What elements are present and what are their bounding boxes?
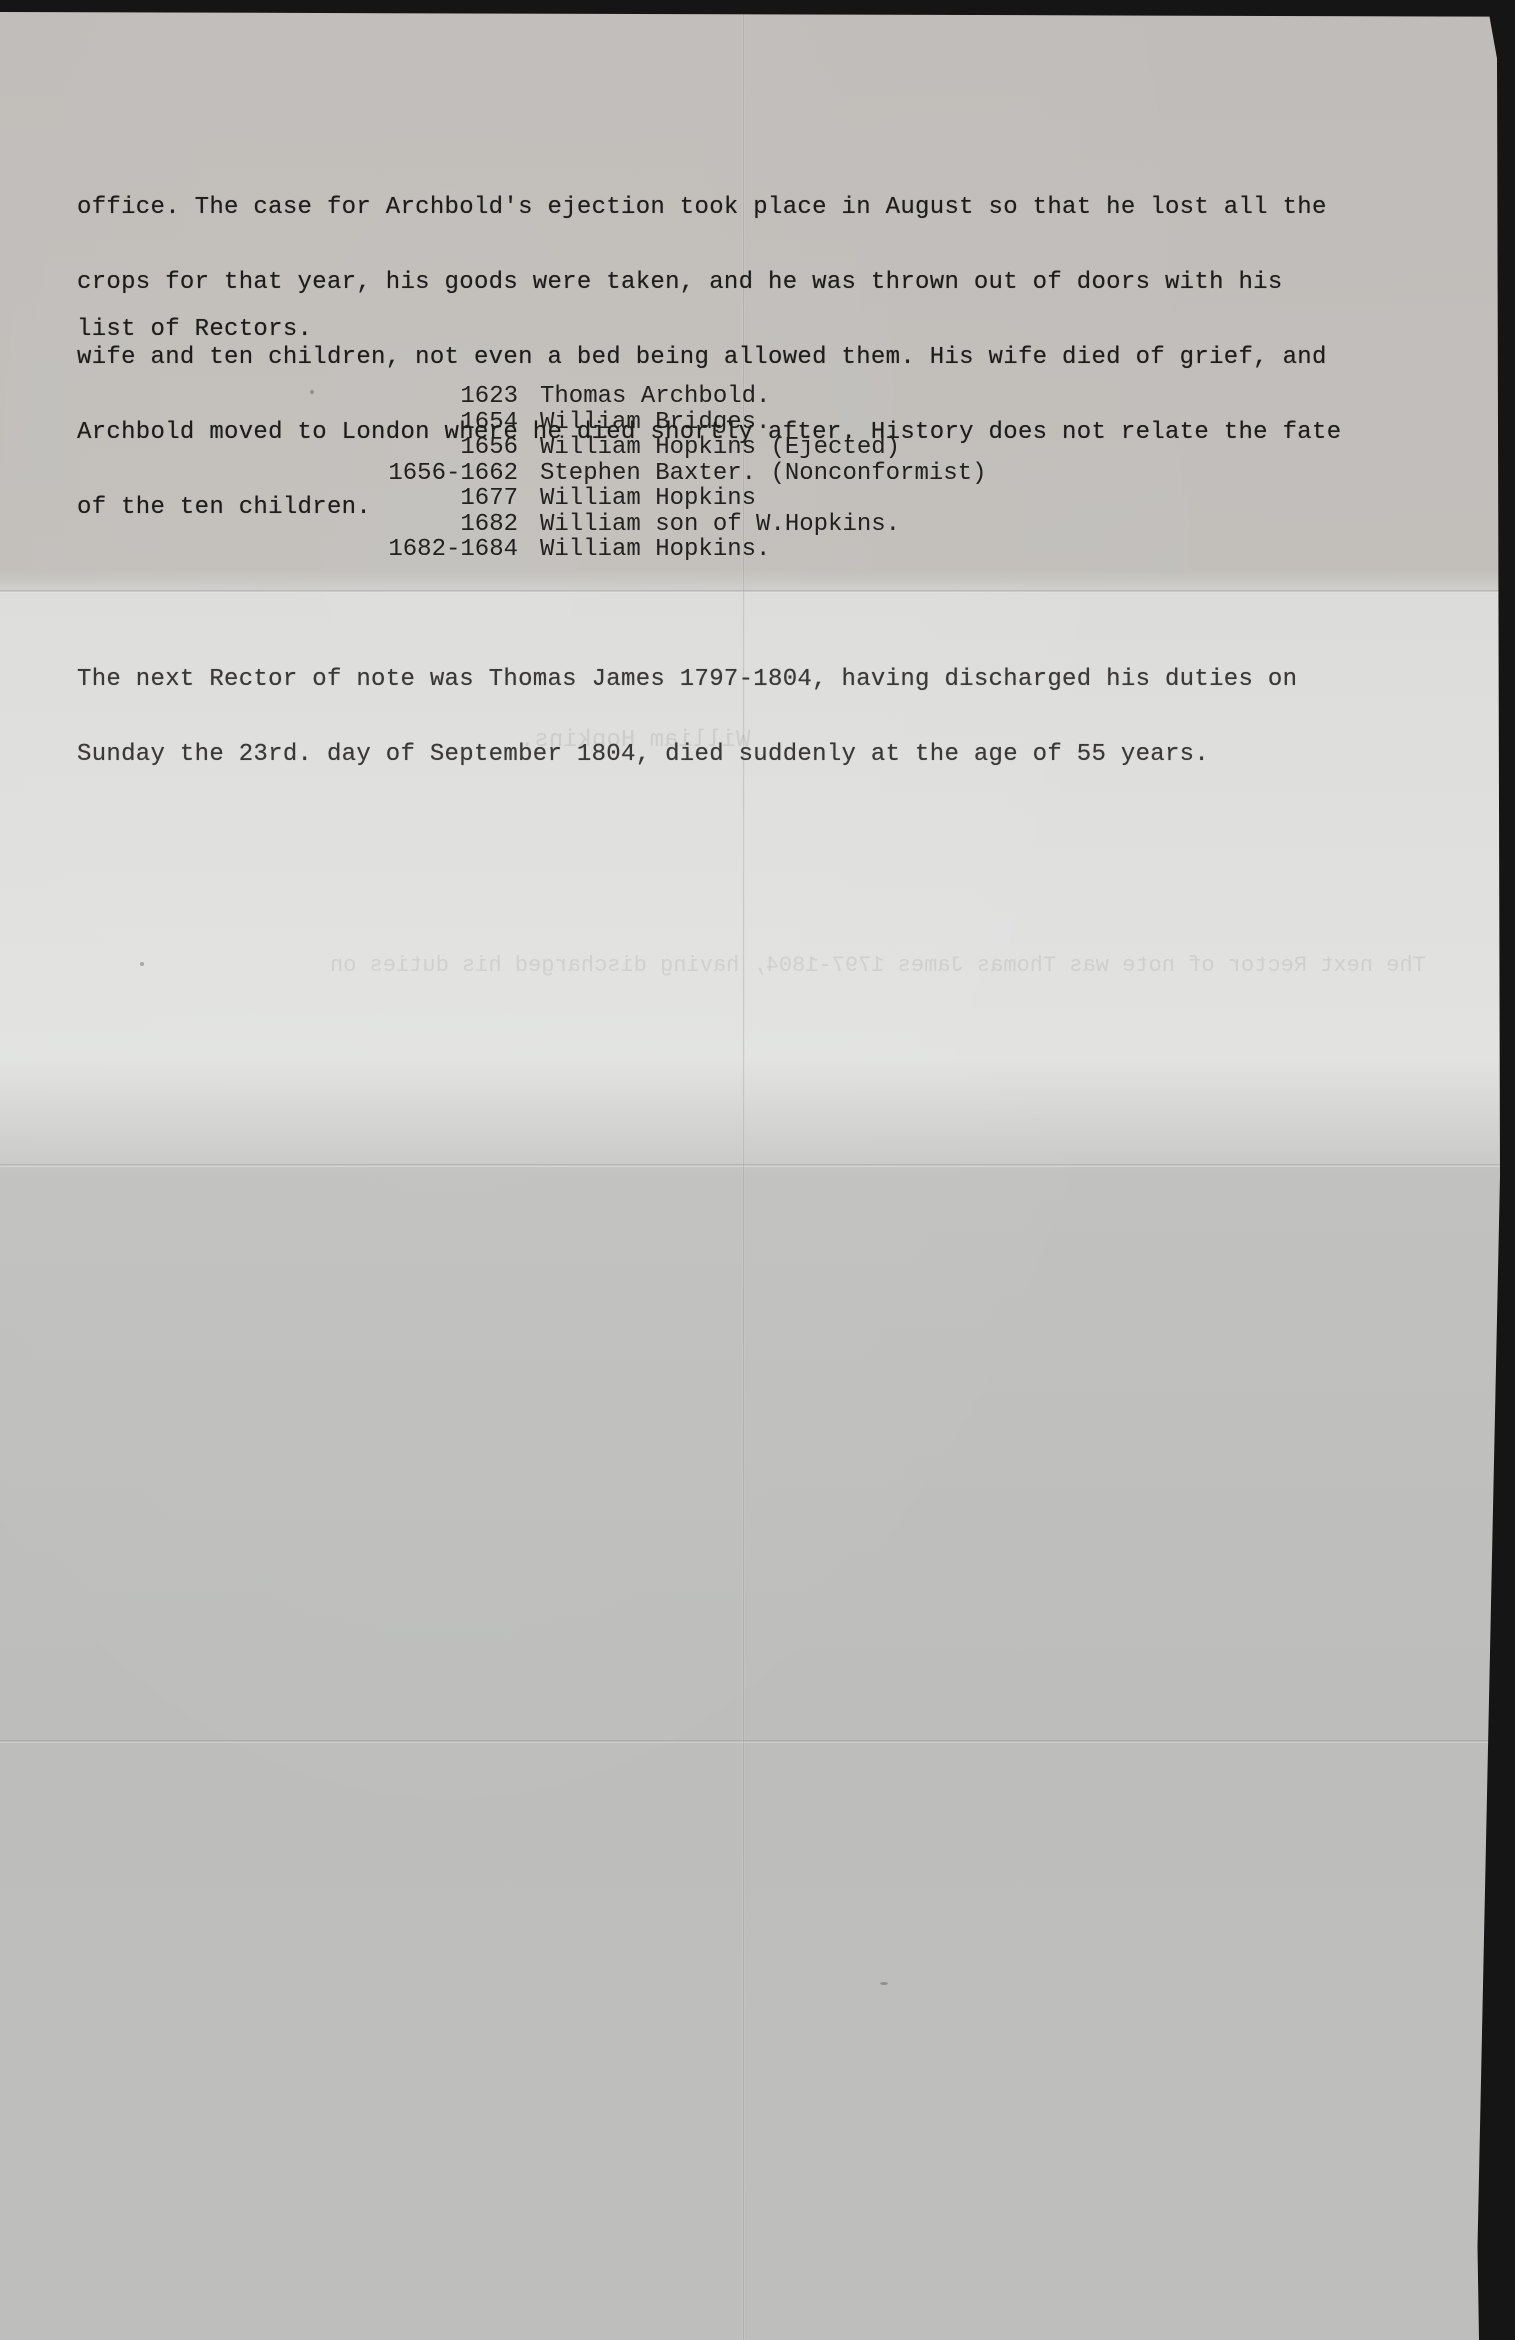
rector-name: William Bridges. bbox=[540, 410, 770, 436]
rector-name: Stephen Baxter. (Nonconformist) bbox=[540, 461, 986, 487]
typewritten-page: office. The case for Archbold's ejection… bbox=[0, 12, 1500, 2340]
rector-year: 1682-1684 bbox=[360, 537, 540, 563]
list-item: 1677 William Hopkins bbox=[360, 486, 986, 512]
list-item: 1656-1662 Stephen Baxter. (Nonconformist… bbox=[360, 461, 986, 487]
bleed-through-line: William Hopkins. bbox=[520, 727, 750, 754]
rector-year: 1677 bbox=[360, 486, 540, 512]
fold-crease-3 bbox=[0, 1740, 1500, 1743]
lower-panel-shade bbox=[0, 1167, 1500, 2340]
list-heading: list of Rectors. bbox=[77, 317, 312, 342]
list-item: 1654 William Bridges. bbox=[360, 410, 986, 436]
text-line: office. The case for Archbold's ejection… bbox=[77, 195, 1341, 220]
paper-speck bbox=[140, 962, 144, 966]
rector-name: William Hopkins. bbox=[540, 537, 770, 563]
text-line: The next Rector of note was Thomas James… bbox=[77, 667, 1297, 692]
list-item: 1623 Thomas Archbold. bbox=[360, 384, 986, 410]
bleed-through-line: The next Rector of note was Thomas James… bbox=[330, 953, 1426, 978]
rector-name: William Hopkins (Ejected) bbox=[540, 435, 900, 461]
bleed-through-text: The next Rector of note was Thomas James… bbox=[330, 927, 1479, 1005]
fold-crease-2 bbox=[0, 1164, 1500, 1167]
rector-year: 1623 bbox=[360, 384, 540, 410]
rector-year: 1656-1662 bbox=[360, 461, 540, 487]
rector-year: 1682 bbox=[360, 512, 540, 538]
paper-speck bbox=[880, 1982, 888, 1985]
rectors-list: 1623 Thomas Archbold. 1654 William Bridg… bbox=[360, 384, 986, 563]
rector-year: 1654 bbox=[360, 410, 540, 436]
rector-name: Thomas Archbold. bbox=[540, 384, 770, 410]
paper-speck bbox=[310, 390, 314, 394]
rector-name: William Hopkins bbox=[540, 486, 756, 512]
list-item: 1682 William son of W.Hopkins. bbox=[360, 512, 986, 538]
rector-name: William son of W.Hopkins. bbox=[540, 512, 900, 538]
bleed-through-text: William Hopkins. bbox=[520, 702, 808, 780]
list-item: 1682-1684 William Hopkins. bbox=[360, 537, 986, 563]
text-line: crops for that year, his goods were take… bbox=[77, 270, 1341, 295]
fold-crease-1 bbox=[0, 590, 1500, 593]
rector-year: 1656 bbox=[360, 435, 540, 461]
list-item: 1656 William Hopkins (Ejected) bbox=[360, 435, 986, 461]
text-line: wife and ten children, not even a bed be… bbox=[77, 345, 1341, 370]
